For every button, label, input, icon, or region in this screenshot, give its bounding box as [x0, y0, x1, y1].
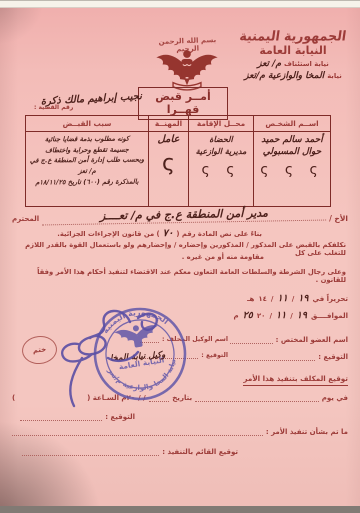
addressee-line: الأخ / مدير أمن المنطقة ع.ج في م/ تعــــ… — [12, 208, 348, 223]
final-signature-row: توقيع القائم بالتنفيذ : — [22, 448, 238, 456]
executor-signature-title: توقيع المكلف بتنفيذ هذا الأمر — [243, 374, 348, 386]
branch-prosecution-label: نيابة — [327, 72, 342, 80]
addressee-handwriting: مدير أمن المنطقة ع.ج في م/ تعــــز — [42, 206, 326, 226]
execution-result-label: ما تم بشأن تنفيذ الأمر : — [266, 428, 348, 436]
gregorian-date-line: الموافــــق ١٩ / ١١ / ٢٠ ٢٥ م — [228, 310, 348, 321]
arrest-order-text-line2: مقاومة منه أو من غيره . — [14, 253, 264, 261]
photo-bottom-edge — [0, 506, 360, 513]
respected-label: المحترم — [12, 215, 39, 223]
year-handwriting: ٢٥ — [243, 310, 253, 321]
col-header-residence: محــل الإقامة — [189, 116, 254, 132]
branch-prosecution-handwriting: المخا والوازعية م/تعز — [244, 71, 324, 81]
signature-label: التوقيع : — [105, 413, 135, 421]
dates-block: تحريراً في ١٩ / ١١ / ١٤ هـ الموافــــق ١… — [228, 293, 348, 327]
day-line — [195, 401, 319, 402]
prosecutor-signature-scrawl — [38, 298, 168, 413]
photo-top-edge — [0, 0, 360, 8]
signature-line — [20, 420, 102, 421]
ditto-marks: ς ς — [190, 162, 252, 178]
member-name-line — [230, 343, 273, 344]
article-number-handwriting: ٧٠ — [163, 228, 174, 239]
residence-cell: الحضاة مديرية الوازعية ς ς — [189, 132, 254, 207]
col-header-person-name: اســم الشخـص — [254, 116, 331, 132]
profession-cell: عامل ς — [149, 132, 189, 207]
executor-signature-row: التوقيع : — [20, 413, 135, 421]
table-row: أحمد سالم حميد حوال المسبولي ς ς ς الحضا… — [26, 132, 331, 207]
arrest-details-table: اســم الشخـص محــل الإقامة المهنــة سبب … — [25, 115, 331, 207]
hijri-date-line: تحريراً في ١٩ / ١١ / ١٤ هـ — [228, 293, 348, 304]
month-handwriting: ١١ — [277, 293, 287, 304]
ditto-mark: ς — [150, 151, 187, 176]
paren-close: ) — [12, 394, 15, 402]
letterhead: الجمهورية اليمنية النيابة العامة نيابة ا… — [232, 28, 354, 81]
brother-label: الأخ / — [329, 214, 348, 223]
prosecution-title: النيابة العامة — [232, 44, 354, 57]
month-handwriting: ١١ — [276, 310, 286, 321]
case-number-handwriting: نجيب إبراهيم مالك ذكرة — [30, 91, 142, 108]
republic-title: الجمهورية اليمنية — [231, 27, 355, 43]
day-handwriting: ١٩ — [297, 310, 307, 321]
day-handwriting: ١٩ — [298, 293, 308, 304]
appeal-prosecution-label: نيابة استئناف — [284, 60, 329, 68]
col-header-arrest-reason: سبب القبــض — [26, 116, 149, 132]
person-name-cell: أحمد سالم حميد حوال المسبولي ς ς ς — [254, 132, 331, 207]
table-header-row: اســم الشخـص محــل الإقامة المهنــة سبب … — [26, 116, 331, 132]
police-cooperation-text: وعلى رجال الشرطة والسلطات العامة التعاون… — [14, 268, 346, 284]
col-header-profession: المهنــة — [149, 116, 189, 132]
final-signature-line — [22, 455, 159, 456]
member-name-label: اسم العضو المختص : — [276, 336, 348, 344]
member-signature-block: اسم العضو المختص : التوقيع : — [230, 336, 348, 370]
arrest-reason-cell: كونه مطلوب بذمة قضايا جنائية جسيمة تقطع … — [26, 132, 149, 207]
member-signature-label: التوقيع : — [318, 353, 348, 361]
yemen-eagle-emblem — [152, 45, 222, 91]
appeal-prosecution-handwriting: م/ تعز — [257, 59, 281, 69]
member-signature-line — [230, 360, 315, 361]
day-label: في يوم — [322, 394, 348, 402]
execution-result-row: ما تم بشأن تنفيذ الأمر : — [12, 428, 348, 436]
final-signature-label: توقيع القائم بالتنفيذ : — [162, 448, 238, 456]
ditto-marks: ς ς ς — [255, 162, 329, 178]
clerk-signature-label: التوقيع : — [201, 352, 228, 359]
legal-article-line: بناءً على نص المادة رقم ( ٧٠ ) من قانون … — [57, 228, 262, 239]
execution-result-line — [12, 435, 263, 436]
